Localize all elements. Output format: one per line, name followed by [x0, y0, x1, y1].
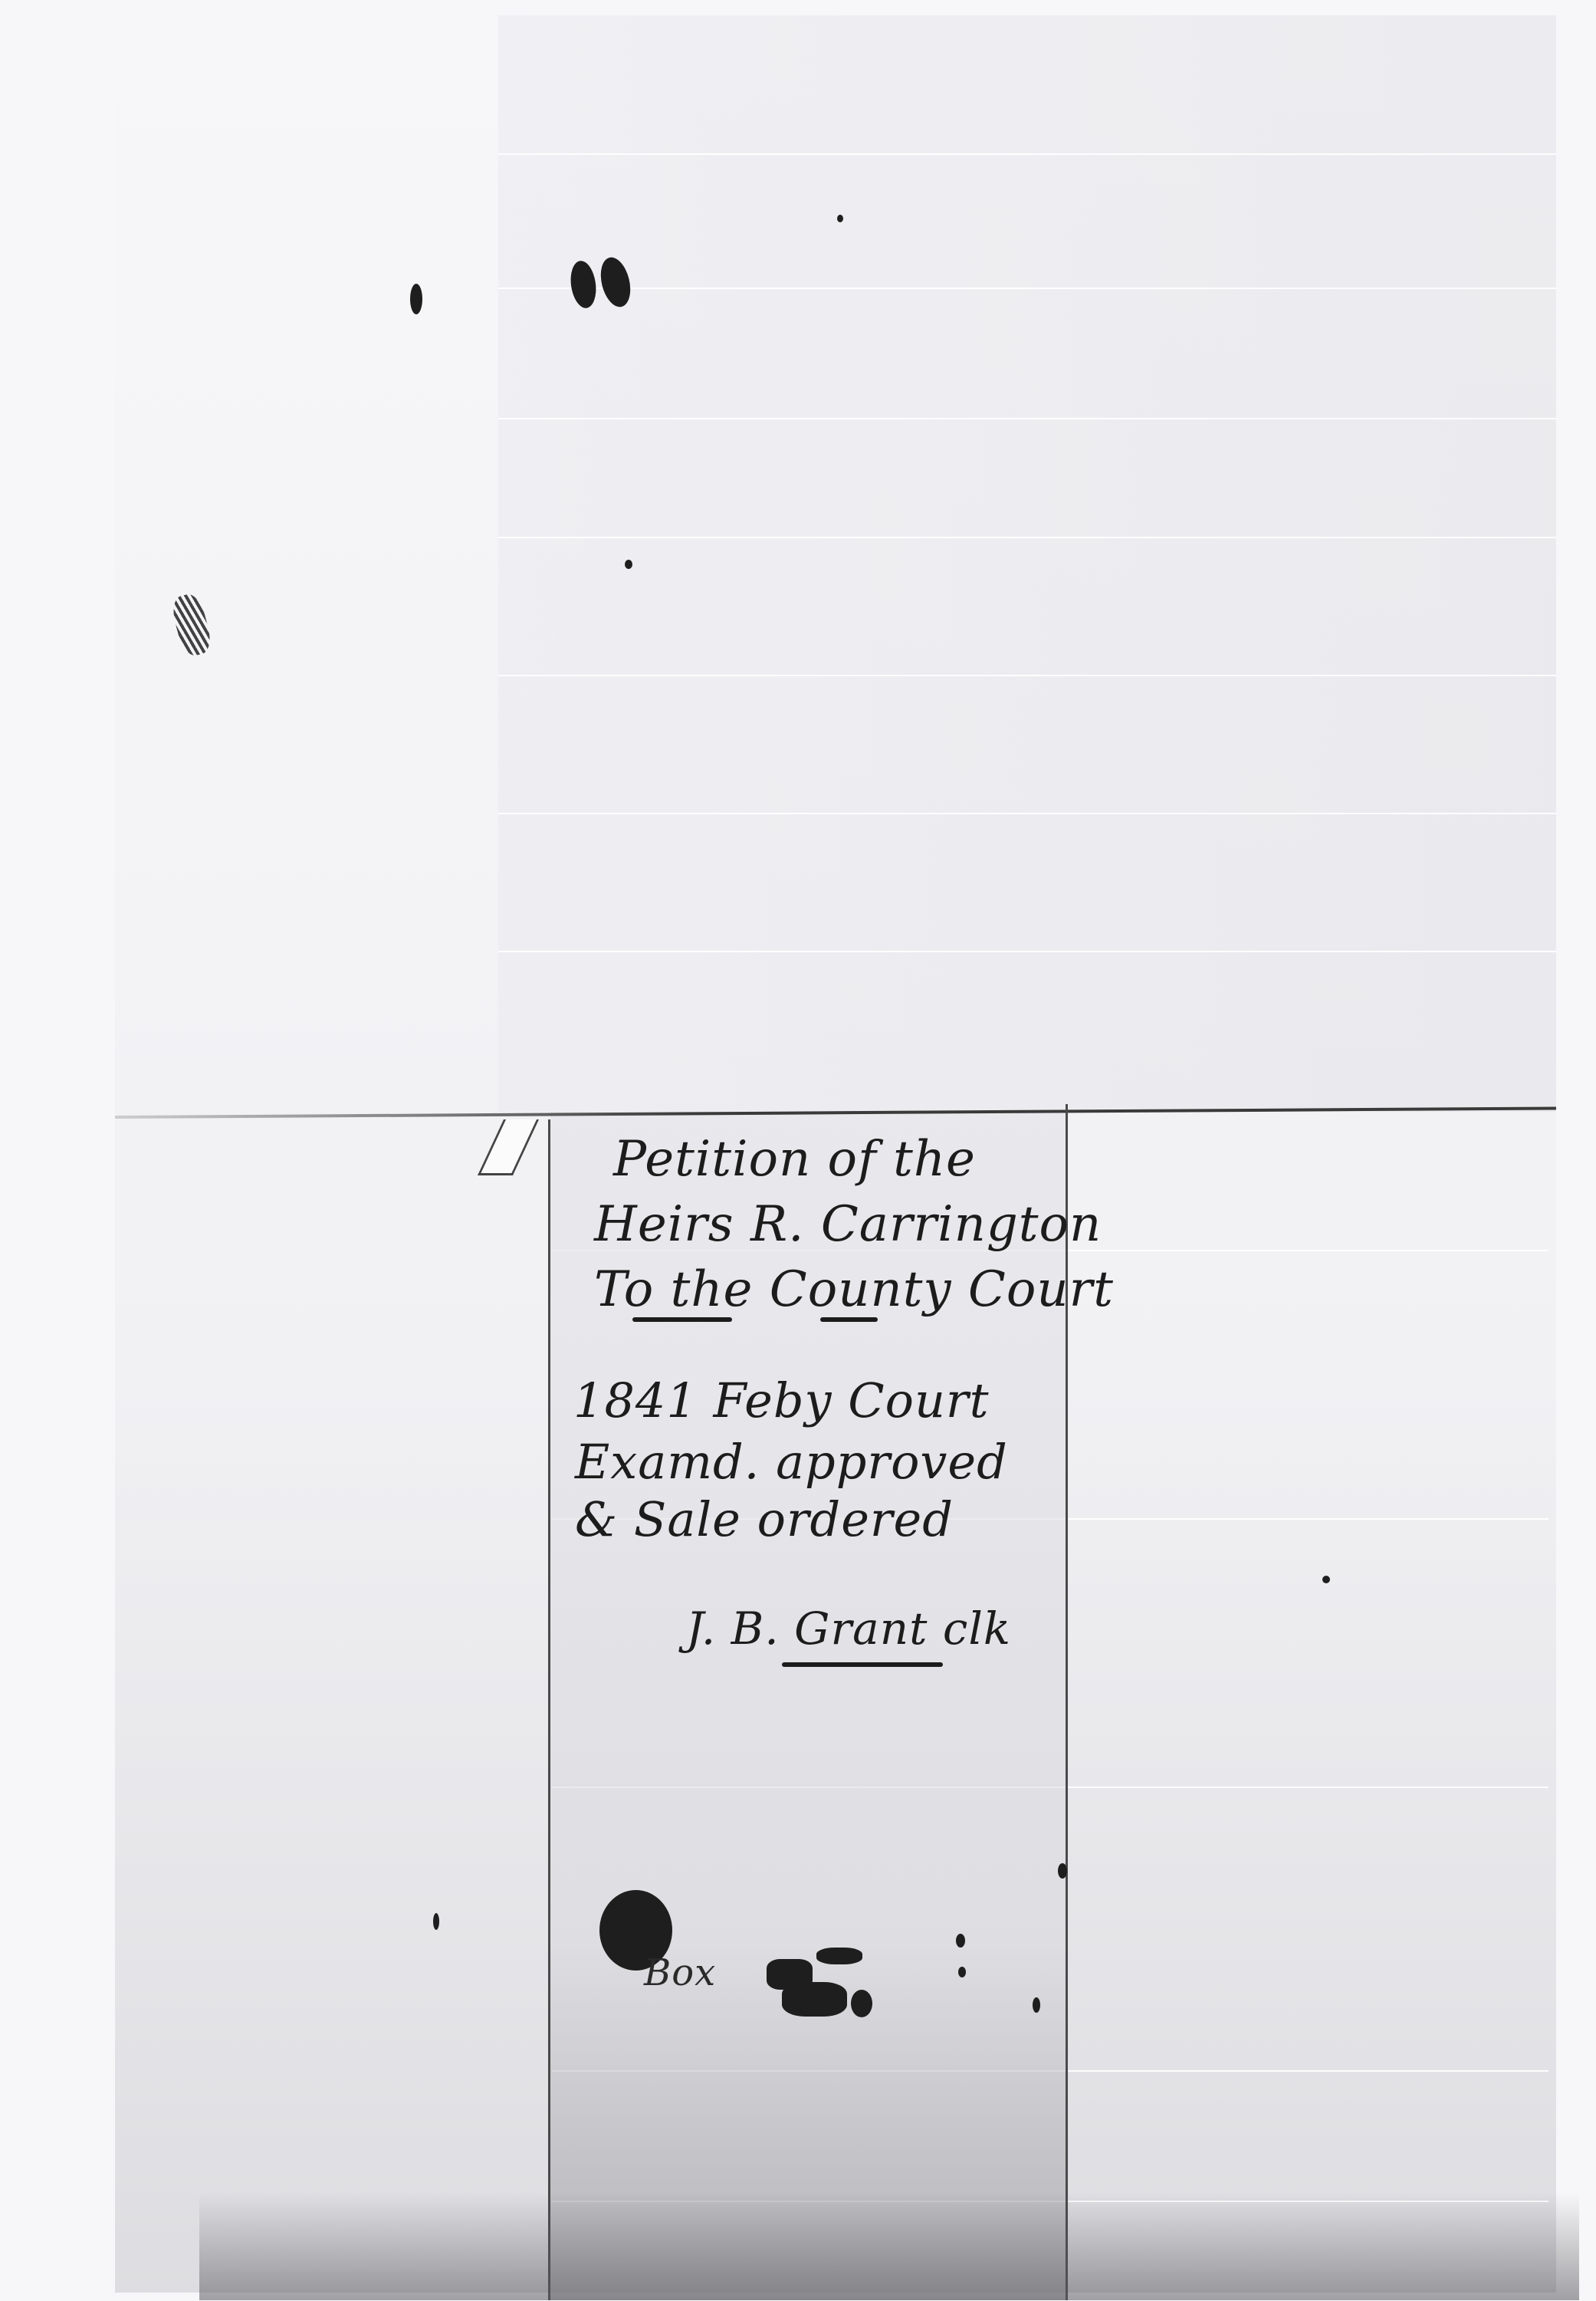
box-number-blot	[782, 1982, 847, 2017]
ink-spot	[1058, 1863, 1067, 1879]
ruled-line	[498, 951, 1556, 952]
ink-spot	[433, 1913, 439, 1930]
court-order-line-2: Examd. approved	[575, 1434, 1008, 1490]
ruled-line	[498, 813, 1556, 814]
vertical-fold-line-left	[548, 1119, 550, 2300]
clerk-signature: J. B. Grant clk	[686, 1602, 1011, 1655]
docket-title-line-2: Heirs R. Carrington	[594, 1196, 1102, 1253]
title-underline	[820, 1317, 878, 1322]
ink-blot	[410, 284, 422, 314]
ruled-line	[498, 675, 1556, 676]
ink-spot	[958, 1967, 966, 1977]
box-label: Box	[644, 1951, 716, 1994]
ruled-line	[498, 537, 1556, 538]
ruled-line	[498, 418, 1556, 419]
box-number-blot	[816, 1948, 862, 1964]
ruled-line	[498, 153, 1556, 155]
docket-title-line-3: To the County Court	[594, 1261, 1114, 1318]
ink-spot	[956, 1934, 965, 1948]
ink-spot	[625, 560, 632, 569]
signature-underline	[782, 1662, 943, 1667]
ink-spot	[1033, 1997, 1040, 2013]
title-underline	[632, 1317, 732, 1322]
ink-spot	[837, 215, 843, 222]
ruled-line	[498, 288, 1556, 289]
document-page: Petition of the Heirs R. Carrington To t…	[0, 0, 1596, 2301]
court-order-line-1: 1841 Feby Court	[573, 1372, 989, 1428]
ink-spot	[1322, 1576, 1330, 1583]
paper-upper-panel	[498, 15, 1556, 1112]
docket-title-line-1: Petition of the	[613, 1131, 976, 1188]
court-order-line-3: & Sale ordered	[575, 1491, 954, 1547]
bottom-shadow	[199, 2193, 1579, 2300]
box-number-blot	[851, 1990, 872, 2017]
